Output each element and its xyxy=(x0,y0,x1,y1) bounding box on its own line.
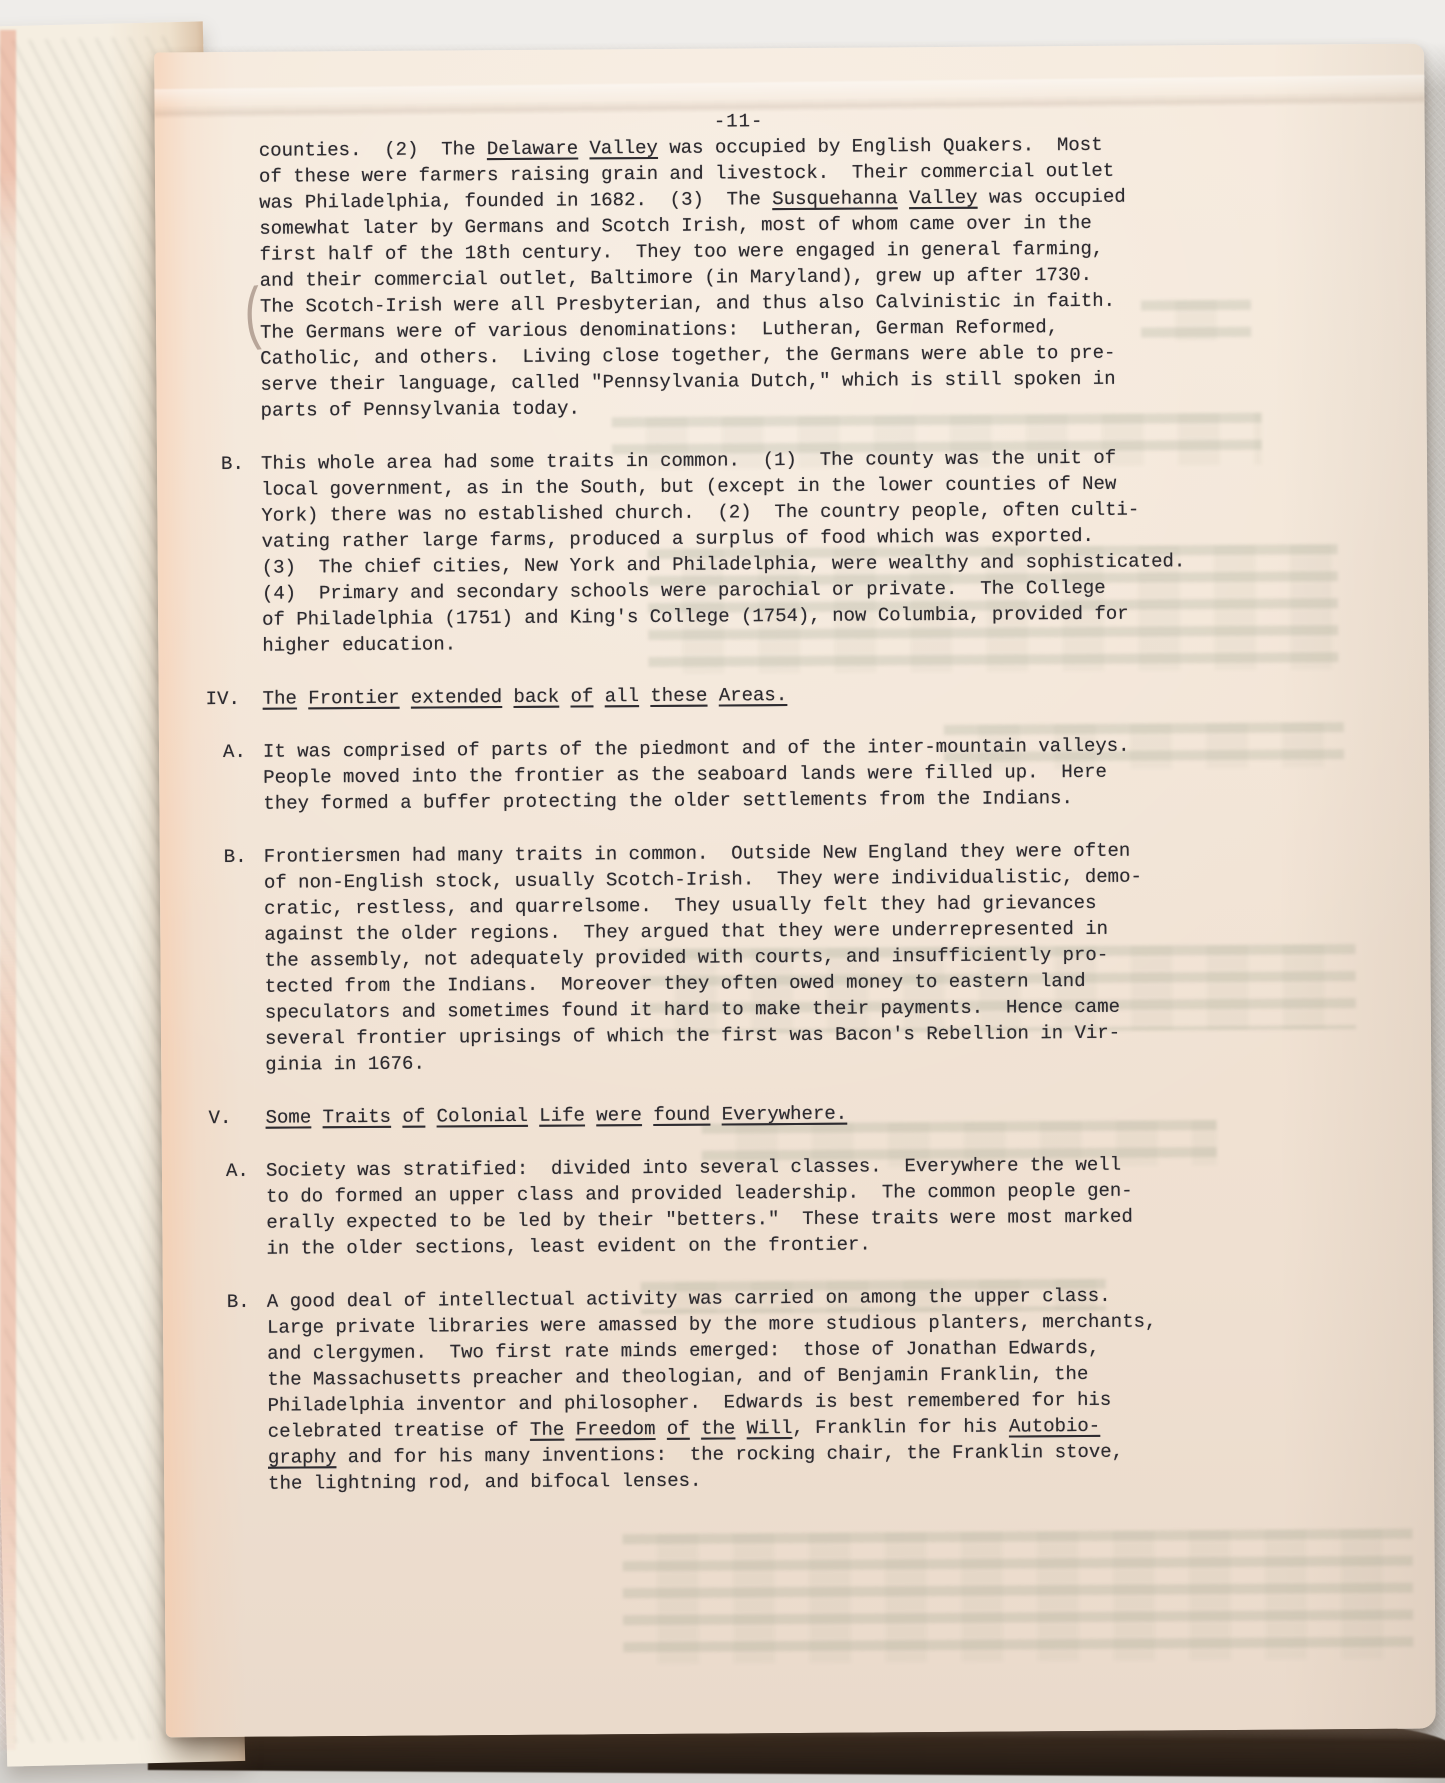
text-segment: of non-English stock, usually Scotch-Iri… xyxy=(264,866,1142,894)
text-segment xyxy=(593,685,605,707)
text-segment: Areas. xyxy=(719,684,788,706)
text-segment: were xyxy=(596,1104,642,1126)
text-segment: This whole area had some traits in commo… xyxy=(261,447,1116,475)
outline-heading: V.Some Traits of Colonial Life were foun… xyxy=(265,1098,1250,1131)
text-segment: The Germans were of various denomination… xyxy=(260,316,1058,344)
text-segment: Freedom xyxy=(576,1418,656,1441)
text-segment: the xyxy=(701,1417,735,1439)
text-segment: these xyxy=(650,685,707,707)
text-segment: speculators and sometimes found it hard … xyxy=(265,996,1120,1024)
text-segment: the lightning rod, and bifocal lenses. xyxy=(268,1470,701,1495)
text-segment xyxy=(690,1418,702,1440)
text-segment: was occupied xyxy=(977,186,1125,209)
text-segment xyxy=(655,1418,667,1440)
outline-paragraph: A.It was comprised of parts of the piedm… xyxy=(263,732,1249,817)
text-line: parts of Pennsylvania today. xyxy=(261,391,1246,424)
outline-label: V. xyxy=(208,1105,231,1131)
text-segment: and for his many inventions: the rocking… xyxy=(336,1441,1123,1468)
text-segment: found xyxy=(653,1104,710,1126)
text-segment: was Philadelphia, founded in 1682. (3) T… xyxy=(259,188,772,214)
text-segment: It was comprised of parts of the piedmon… xyxy=(263,735,1130,763)
text-segment: higher education. xyxy=(262,633,456,656)
text-segment: of xyxy=(570,685,593,707)
text-segment: Society was stratified: divided into sev… xyxy=(266,1154,1121,1182)
outline-paragraph: B.Frontiersmen had many traits in common… xyxy=(264,837,1251,1078)
text-segment: of these were farmers raising grain and … xyxy=(259,160,1114,188)
text-segment: all xyxy=(605,685,639,707)
outline-paragraph: B.A good deal of intellectual activity w… xyxy=(267,1282,1253,1497)
text-segment xyxy=(297,687,309,709)
text-segment: and their commercial outlet, Baltimore (… xyxy=(260,264,1092,292)
text-segment: graphy xyxy=(268,1446,337,1468)
text-line: higher education. xyxy=(262,626,1247,659)
text-segment: serve their language, called "Pennsylvan… xyxy=(260,368,1115,396)
outline-heading: IV.The Frontier extended back of all the… xyxy=(263,679,1248,712)
text-segment xyxy=(564,1419,576,1441)
text-segment xyxy=(707,685,719,707)
text-segment xyxy=(585,1104,597,1126)
text-segment: Will xyxy=(747,1417,793,1439)
text-segment: The Scotch-Irish were all Presbyterian, … xyxy=(260,290,1115,318)
text-segment: of xyxy=(402,1106,425,1128)
text-segment: Frontiersmen had many traits in common. … xyxy=(264,840,1131,868)
text-segment: Everywhere. xyxy=(722,1103,848,1126)
text-segment: cratic, restless, and quarrelsome. They … xyxy=(264,892,1096,920)
text-segment: Delaware xyxy=(487,137,578,160)
outline-label: B. xyxy=(227,1289,250,1315)
outline-label: B. xyxy=(224,844,247,870)
text-segment xyxy=(528,1105,540,1127)
text-segment: Susquehanna xyxy=(772,187,898,210)
text-segment: Frontier xyxy=(308,687,399,710)
text-segment: Colonial xyxy=(437,1105,528,1128)
text-segment: The xyxy=(263,687,297,709)
text-segment: (4) Primary and secondary schools were p… xyxy=(262,577,1106,605)
text-segment: extended xyxy=(411,686,502,709)
text-segment xyxy=(399,687,411,709)
text-segment: was occupied by English Quakers. Most xyxy=(658,134,1103,159)
text-segment: York) there was no established church. (… xyxy=(261,499,1139,527)
text-segment xyxy=(311,1106,323,1128)
text-segment: Philadelphia inventor and philosopher. E… xyxy=(268,1389,1112,1417)
text-line: in the older sections, least evident on … xyxy=(266,1229,1251,1262)
text-segment: of xyxy=(667,1418,690,1440)
text-segment xyxy=(642,1104,654,1126)
text-segment: to do formed an upper class and provided… xyxy=(266,1180,1133,1208)
text-segment: and clergymen. Two first rate minds emer… xyxy=(267,1337,1099,1365)
outline-label: A. xyxy=(226,1158,249,1184)
text-segment: counties. (2) The xyxy=(259,138,487,162)
outline-label: A. xyxy=(223,739,246,765)
text-segment: the Massachusetts preacher and theologia… xyxy=(267,1363,1088,1391)
text-segment: local government, as in the South, but (… xyxy=(261,473,1116,501)
text-segment: Autobio- xyxy=(1009,1415,1100,1438)
text-segment xyxy=(425,1106,437,1128)
text-segment: vating rather large farms, produced a su… xyxy=(261,525,1093,553)
pink-page-edge-tint xyxy=(0,30,16,1750)
text-segment: Catholic, and others. Living close toget… xyxy=(260,342,1115,370)
text-segment: parts of Pennsylvania today. xyxy=(261,397,580,421)
text-line: Some Traits of Colonial Life were found … xyxy=(265,1098,1250,1131)
text-line: the lightning rod, and bifocal lenses. xyxy=(268,1464,1253,1497)
text-segment: Some xyxy=(265,1106,311,1128)
text-segment: Valley xyxy=(589,137,658,159)
text-segment: of Philadelphia (1751) and King's Colleg… xyxy=(262,603,1129,631)
text-segment xyxy=(578,137,590,159)
text-segment: somewhat later by Germans and Scotch Iri… xyxy=(259,212,1091,240)
photo-background: -11- ( counties. (2) The Delaware Valley… xyxy=(0,0,1445,1783)
text-segment: in the older sections, least evident on … xyxy=(266,1233,870,1259)
text-segment: first half of the 18th century. They too… xyxy=(259,238,1103,266)
text-segment: celebrated treatise of xyxy=(268,1419,530,1443)
outline-paragraph: B.This whole area had some traits in com… xyxy=(261,444,1247,659)
text-segment: several frontier uprisings of which the … xyxy=(265,1022,1120,1050)
text-line: ginia in 1676. xyxy=(265,1045,1250,1078)
text-segment xyxy=(559,686,571,708)
text-segment xyxy=(710,1104,722,1126)
text-segment: back xyxy=(513,686,559,708)
text-segment xyxy=(391,1106,403,1128)
text-segment: against the older regions. They argued t… xyxy=(264,918,1108,946)
text-segment xyxy=(898,187,910,209)
text-segment: Traits xyxy=(323,1106,392,1128)
outline-label: B. xyxy=(221,451,244,477)
text-segment: People moved into the frontier as the se… xyxy=(263,761,1107,789)
text-segment xyxy=(502,686,514,708)
text-segment: they formed a buffer protecting the olde… xyxy=(263,787,1073,815)
text-segment: The xyxy=(530,1419,564,1441)
document-body: counties. (2) The Delaware Valley was oc… xyxy=(259,131,1254,1524)
outline-paragraph: A.Society was stratified: divided into s… xyxy=(266,1151,1252,1262)
document-page: -11- ( counties. (2) The Delaware Valley… xyxy=(154,44,1436,1738)
text-line: The Frontier extended back of all these … xyxy=(263,679,1248,712)
text-segment: Valley xyxy=(909,187,978,209)
text-segment xyxy=(639,685,651,707)
text-segment: ginia in 1676. xyxy=(265,1053,425,1076)
outline-paragraph: counties. (2) The Delaware Valley was oc… xyxy=(259,131,1246,424)
bleed-through-text xyxy=(622,1529,1413,1665)
text-segment: erally expected to be led by their "bett… xyxy=(266,1206,1133,1234)
text-segment xyxy=(735,1417,747,1439)
text-segment: Life xyxy=(539,1104,585,1126)
text-segment: A good deal of intellectual activity was… xyxy=(267,1285,1111,1313)
text-line: they formed a buffer protecting the olde… xyxy=(263,784,1248,817)
outline-label: IV. xyxy=(206,686,240,712)
text-segment: the assembly, not adequately provided wi… xyxy=(264,944,1108,972)
text-segment: tected from the Indians. Moreover they o… xyxy=(265,970,1086,998)
text-segment: , Franklin for his xyxy=(792,1416,1009,1440)
